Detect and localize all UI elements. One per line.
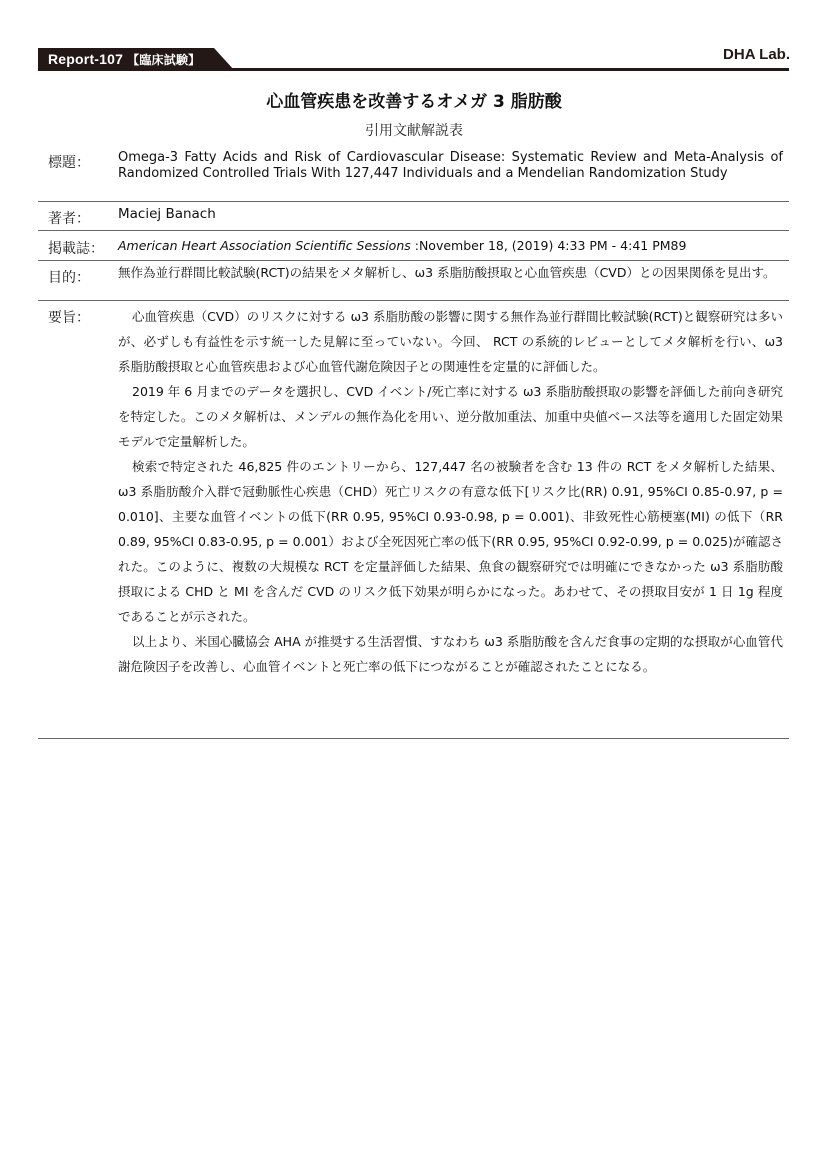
journal-details: :November 18, (2019) 4:33 PM - 4:41 PM89 (411, 238, 687, 253)
row-journal: 掲載誌： American Heart Association Scientif… (38, 231, 789, 261)
purpose-value: 無作為並行群間比較試験(RCT)の結果をメタ解析し、ω3 系脂肪酸摂取と心血管疾… (118, 261, 783, 281)
summary-value: 心血管疾患（CVD）のリスクに対する ω3 系脂肪酸の影響に関する無作為並行群間… (118, 301, 783, 679)
report-tab: Report-107【臨床試験】 (38, 48, 234, 70)
citation-table: 標題： Omega-3 Fatty Acids and Risk of Card… (38, 146, 789, 739)
brand-label: DHA Lab. (723, 46, 790, 63)
summary-paragraph: 検索で特定された 46,825 件のエントリーから、127,447 名の被験者を… (118, 454, 783, 629)
row-author: 著者： Maciej Banach (38, 202, 789, 231)
summary-paragraph: 心血管疾患（CVD）のリスクに対する ω3 系脂肪酸の影響に関する無作為並行群間… (118, 304, 783, 379)
row-title: 標題： Omega-3 Fatty Acids and Risk of Card… (38, 146, 789, 202)
author-value: Maciej Banach (118, 202, 783, 222)
row-purpose: 目的： 無作為並行群間比較試験(RCT)の結果をメタ解析し、ω3 系脂肪酸摂取と… (38, 261, 789, 301)
header-divider (38, 68, 789, 71)
summary-label: 要旨： (48, 307, 90, 327)
journal-value: American Heart Association Scientific Se… (118, 231, 783, 253)
title-label: 標題： (48, 152, 90, 172)
report-id-label: Report-107【臨床試験】 (48, 51, 200, 68)
page-title: 心血管疾患を改善するオメガ 3 脂肪酸 (0, 87, 828, 112)
author-label: 著者： (48, 208, 90, 228)
journal-name: American Heart Association Scientific Se… (118, 238, 411, 253)
report-id: Report-107 (48, 51, 123, 67)
page-subtitle: 引用文献解説表 (0, 120, 828, 140)
title-value: Omega-3 Fatty Acids and Risk of Cardiova… (118, 146, 783, 181)
journal-label: 掲載誌： (48, 238, 104, 258)
row-summary: 要旨： 心血管疾患（CVD）のリスクに対する ω3 系脂肪酸の影響に関する無作為… (38, 301, 789, 739)
purpose-label: 目的： (48, 267, 90, 287)
summary-paragraph: 2019 年 6 月までのデータを選択し、CVD イベント/死亡率に対する ω3… (118, 379, 783, 454)
report-header: Report-107【臨床試験】 (38, 48, 789, 72)
summary-paragraph: 以上より、米国心臓協会 AHA が推奨する生活習慣、すなわち ω3 系脂肪酸を含… (118, 629, 783, 679)
report-category: 【臨床試験】 (127, 53, 200, 67)
